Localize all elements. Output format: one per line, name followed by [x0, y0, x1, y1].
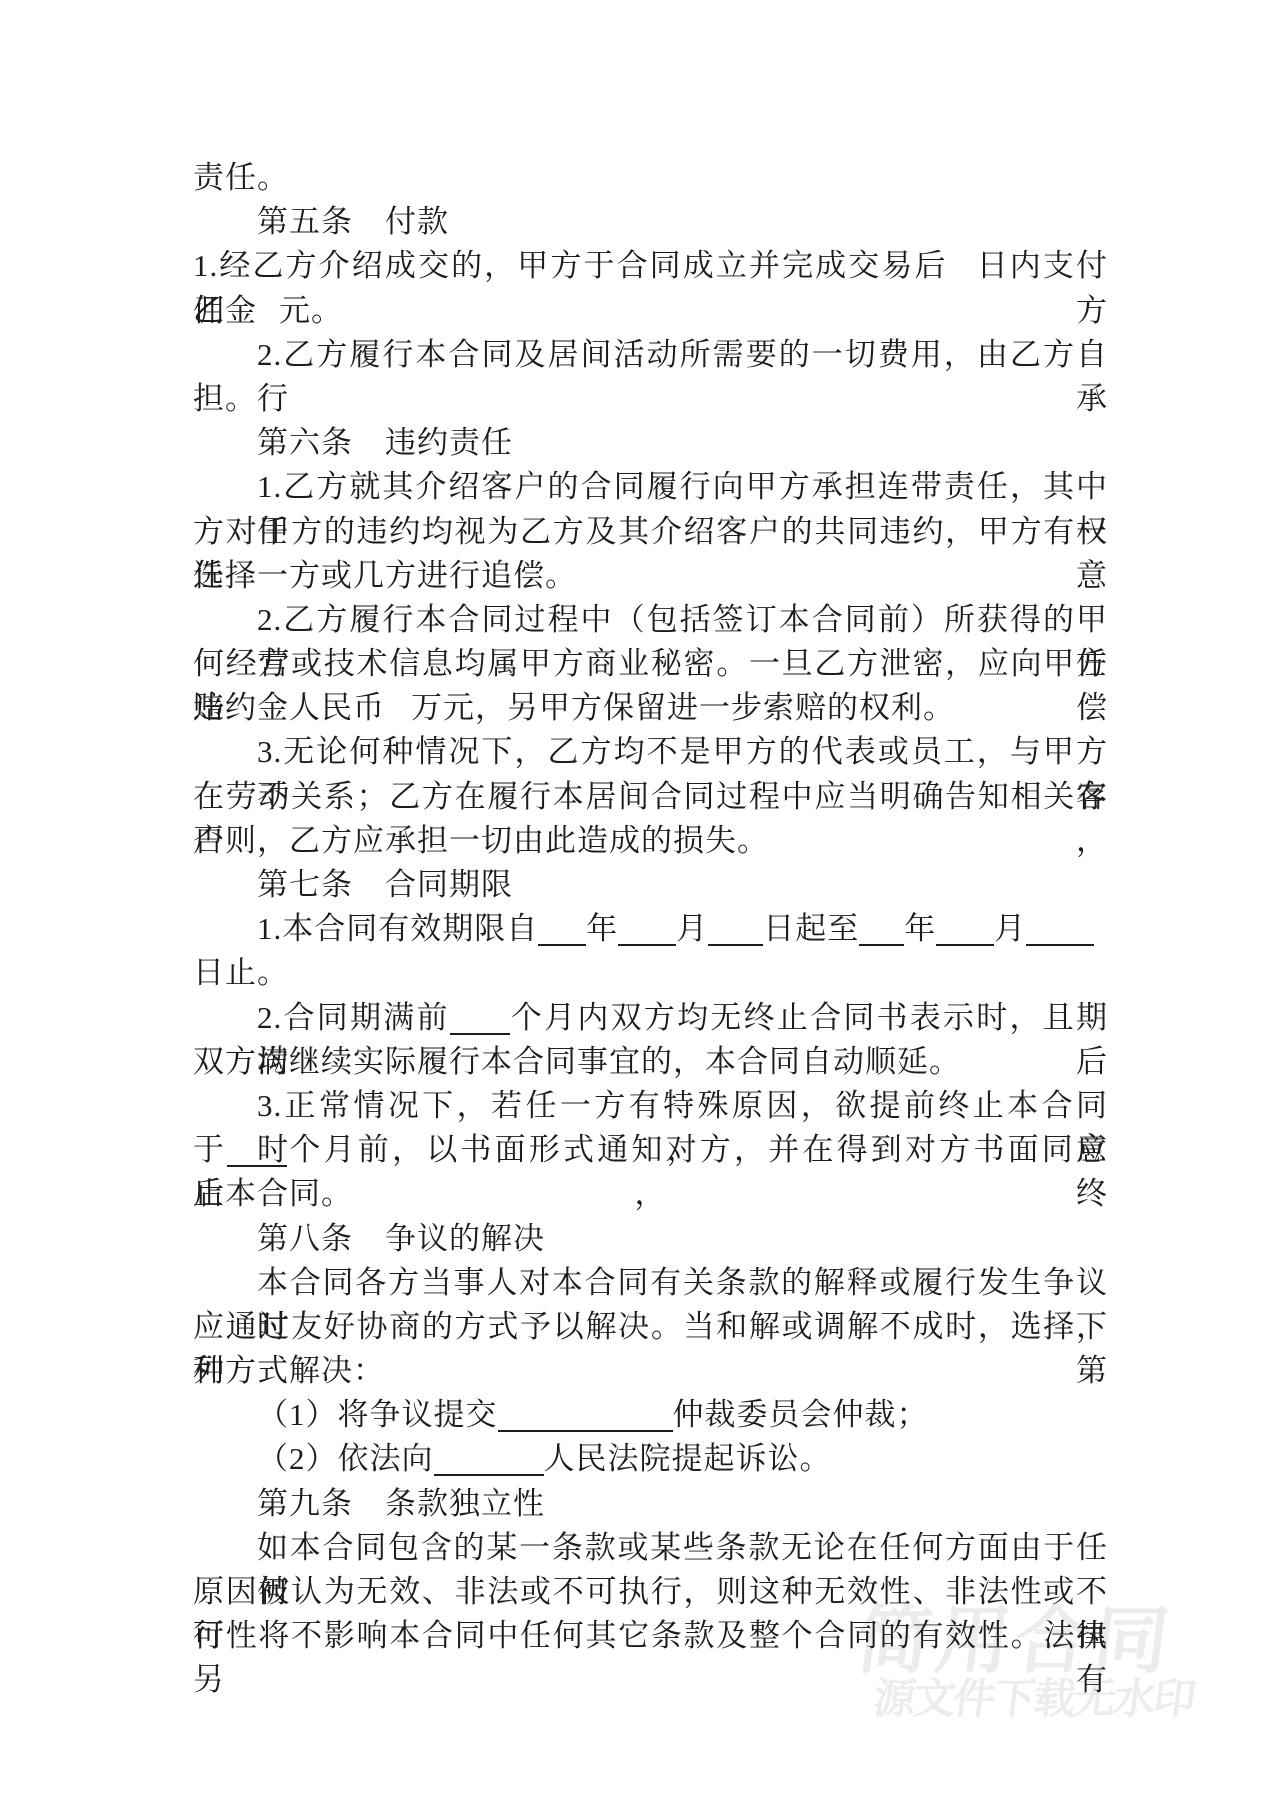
text-line: 原因被认为无效、非法或不可执行，则这种无效性、非法性或不可执: [193, 1570, 1108, 1614]
text-run: 2.合同期满前: [257, 1000, 450, 1035]
text-line: 1.乙方就其介绍客户的合同履行向甲方承担连带责任，其中任一: [193, 465, 1108, 509]
text-line: 本合同各方当事人对本合同有关条款的解释或履行发生争议时，: [193, 1261, 1108, 1305]
text-run: 1.本合同有效期限自: [257, 911, 538, 946]
text-line: 责任。: [193, 156, 1108, 200]
fill-in-blank-underline: [498, 1408, 673, 1432]
text-run: 第七条 合同期限: [257, 867, 513, 902]
text-line: 2.乙方履行本合同及居间活动所需要的一切费用，由乙方自行承: [193, 333, 1108, 377]
text-run: 元。: [279, 293, 343, 328]
text-line: 在劳动关系；乙方在履行本居间合同过程中应当明确告知相关客户，: [193, 775, 1108, 819]
fill-in-gap: [385, 708, 411, 718]
text-run: 年: [586, 911, 618, 946]
fill-in-blank-underline: [434, 1452, 544, 1476]
fill-in-gap: [257, 311, 279, 321]
text-run: 种方式解决：: [193, 1353, 385, 1388]
text-run: 第六条 违约责任: [257, 425, 513, 460]
text-line: 第六条 违约责任: [193, 421, 1108, 465]
text-run: 日起至: [763, 911, 859, 946]
text-run: 日止。: [193, 955, 289, 990]
fill-in-blank-underline: [1026, 922, 1094, 946]
fill-in-blank-underline: [538, 922, 586, 946]
text-line: （1）将争议提交仲裁委员会仲裁；: [193, 1393, 1108, 1437]
text-run: 第八条 争议的解决: [257, 1221, 545, 1256]
text-line: 第八条 争议的解决: [193, 1217, 1108, 1261]
contract-page: 简用合同 源文件下载无水印 责任。第五条 付款1.经乙方介绍成交的，甲方于合同成…: [0, 0, 1280, 1810]
text-run: 第九条 条款独立性: [257, 1486, 545, 1521]
fill-in-blank-underline: [936, 922, 994, 946]
text-run: 年: [904, 911, 936, 946]
text-run: 责任。: [193, 160, 289, 195]
text-line: 应通过友好协商的方式予以解决。当和解或调解不成时，选择下列第: [193, 1305, 1108, 1349]
text-line: 2.合同期满前个月内双方均无终止合同书表示时，且期满后: [193, 996, 1108, 1040]
text-line: 于个月前，以书面形式通知对方，并在得到对方书面同意后，终: [193, 1128, 1108, 1172]
text-run: 于: [193, 1132, 227, 1167]
fill-in-gap: [948, 266, 976, 276]
text-run: 月: [994, 911, 1026, 946]
fill-in-blank-underline: [618, 922, 676, 946]
text-run: （1）将争议提交: [257, 1397, 498, 1432]
text-run: 双方均继续实际履行本合同事宜的，本合同自动顺延。: [193, 1044, 961, 1079]
text-run: 月: [676, 911, 708, 946]
text-line: 1.本合同有效期限自年月日起至年月: [193, 907, 1108, 951]
text-line: 第九条 条款独立性: [193, 1482, 1108, 1526]
text-line: 2.乙方履行本合同过程中（包括签订本合同前）所获得的甲方任: [193, 598, 1108, 642]
text-run: 否则，乙方应承担一切由此造成的损失。: [193, 823, 769, 858]
fill-in-blank-underline: [227, 1143, 287, 1167]
text-run: 1.经乙方介绍成交的，甲方于合同成立并完成交易后: [193, 248, 948, 283]
text-run: 行性将不影响本合同中任何其它条款及整个合同的有效性。法律另有: [193, 1618, 1108, 1697]
text-line: （2）依法向人民法院提起诉讼。: [193, 1437, 1108, 1481]
text-line: 第七条 合同期限: [193, 863, 1108, 907]
text-run: 佣金: [193, 293, 257, 328]
text-run: 选择一方或几方进行追偿。: [193, 558, 577, 593]
text-line: 3.无论何种情况下，乙方均不是甲方的代表或员工，与甲方不存: [193, 730, 1108, 774]
document-body: 责任。第五条 付款1.经乙方介绍成交的，甲方于合同成立并完成交易后日内支付乙方佣…: [193, 156, 1108, 1658]
text-run: 2.乙方履行本合同及居间活动所需要的一切费用，由乙方自行承: [257, 337, 1108, 416]
text-line: 方对甲方的违约均视为乙方及其介绍客户的共同违约，甲方有权任意: [193, 510, 1108, 554]
fill-in-blank-underline: [450, 1011, 510, 1035]
text-run: 第五条 付款: [257, 204, 449, 239]
text-line: 行性将不影响本合同中任何其它条款及整个合同的有效性。法律另有: [193, 1614, 1108, 1658]
text-run: 人民法院提起诉讼。: [544, 1441, 832, 1476]
text-line: 1.经乙方介绍成交的，甲方于合同成立并完成交易后日内支付乙方: [193, 244, 1108, 288]
fill-in-blank-underline: [708, 922, 763, 946]
text-line: 何经营或技术信息均属甲方商业秘密。一旦乙方泄密，应向甲方赔偿: [193, 642, 1108, 686]
text-line: 如本合同包含的某一条款或某些条款无论在任何方面由于任何: [193, 1526, 1108, 1570]
text-run: 万元，另甲方保留进一步索赔的权利。: [411, 690, 955, 725]
fill-in-blank-underline: [859, 922, 904, 946]
text-run: （2）依法向: [257, 1441, 434, 1476]
text-run: 止本合同。: [193, 1176, 353, 1211]
text-run: 担。: [193, 381, 257, 416]
text-line: 3.正常情况下，若任一方有特殊原因，欲提前终止本合同时，应: [193, 1084, 1108, 1128]
text-run: 违约金人民币: [193, 690, 385, 725]
text-line: 日止。: [193, 951, 1108, 995]
text-run: 仲裁委员会仲裁；: [673, 1397, 929, 1432]
text-line: 第五条 付款: [193, 200, 1108, 244]
